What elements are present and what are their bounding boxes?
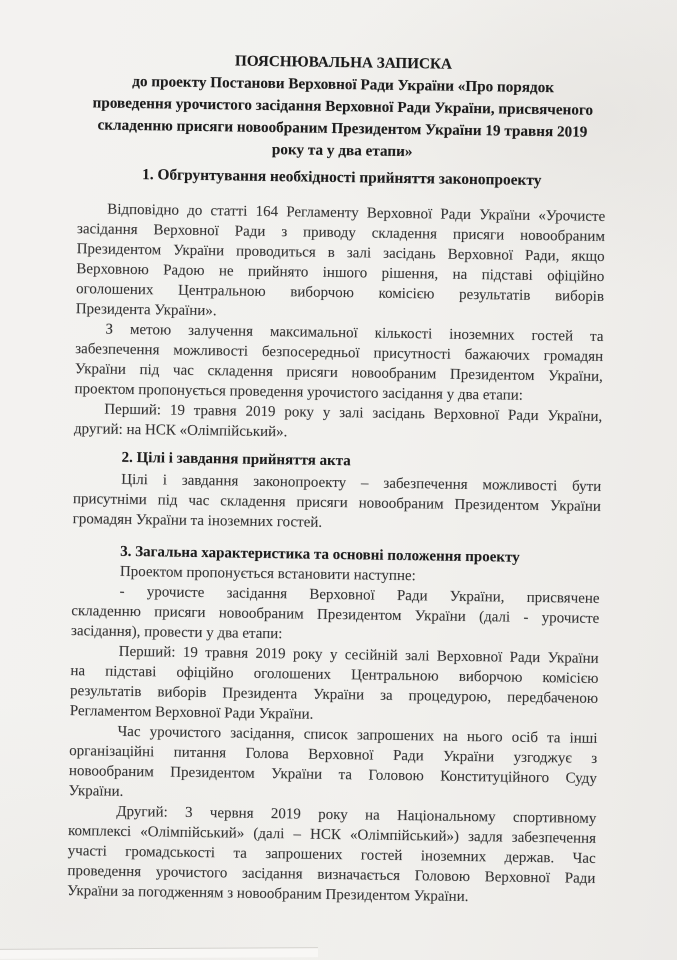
- paragraph: Перший: 19 травня 2019 року у сесійній з…: [70, 641, 599, 729]
- document-sheet: ПОЯСНЮВАЛЬНА ЗАПИСКА до проекту Постанов…: [0, 0, 677, 960]
- paragraph: З метою залучення максимальної кількості…: [74, 319, 603, 407]
- paragraph: - урочисте засідання Верховної Ради Укра…: [71, 581, 600, 649]
- section-characteristics: 3. Загальна характеристика та основні по…: [67, 541, 600, 909]
- paragraph: Другий: 3 червня 2019 року на Національн…: [67, 801, 596, 909]
- page-bottom-edge: [0, 948, 318, 959]
- section-heading: 1. Обгрунтування необхідності прийняття …: [78, 164, 606, 192]
- document-title: ПОЯСНЮВАЛЬНА ЗАПИСКА до проекту Постанов…: [78, 48, 608, 166]
- paragraph: Перший: 19 травня 2019 року у залі засід…: [74, 399, 603, 447]
- scanned-document-page: ПОЯСНЮВАЛЬНА ЗАПИСКА до проекту Постанов…: [0, 0, 677, 960]
- paragraph: Відповідно до статті 164 Регламенту Верх…: [76, 199, 606, 327]
- document-content: ПОЯСНЮВАЛЬНА ЗАПИСКА до проекту Постанов…: [67, 48, 608, 909]
- section-goals: 2. Цілі і завдання прийняття акта Цілі і…: [73, 447, 602, 537]
- paragraph: Цілі і завдання законопроекту – забезпеч…: [73, 469, 602, 537]
- paragraph: Час урочистого засідання, список запроше…: [68, 721, 597, 809]
- section-justification: 1. Обгрунтування необхідності прийняття …: [74, 164, 606, 447]
